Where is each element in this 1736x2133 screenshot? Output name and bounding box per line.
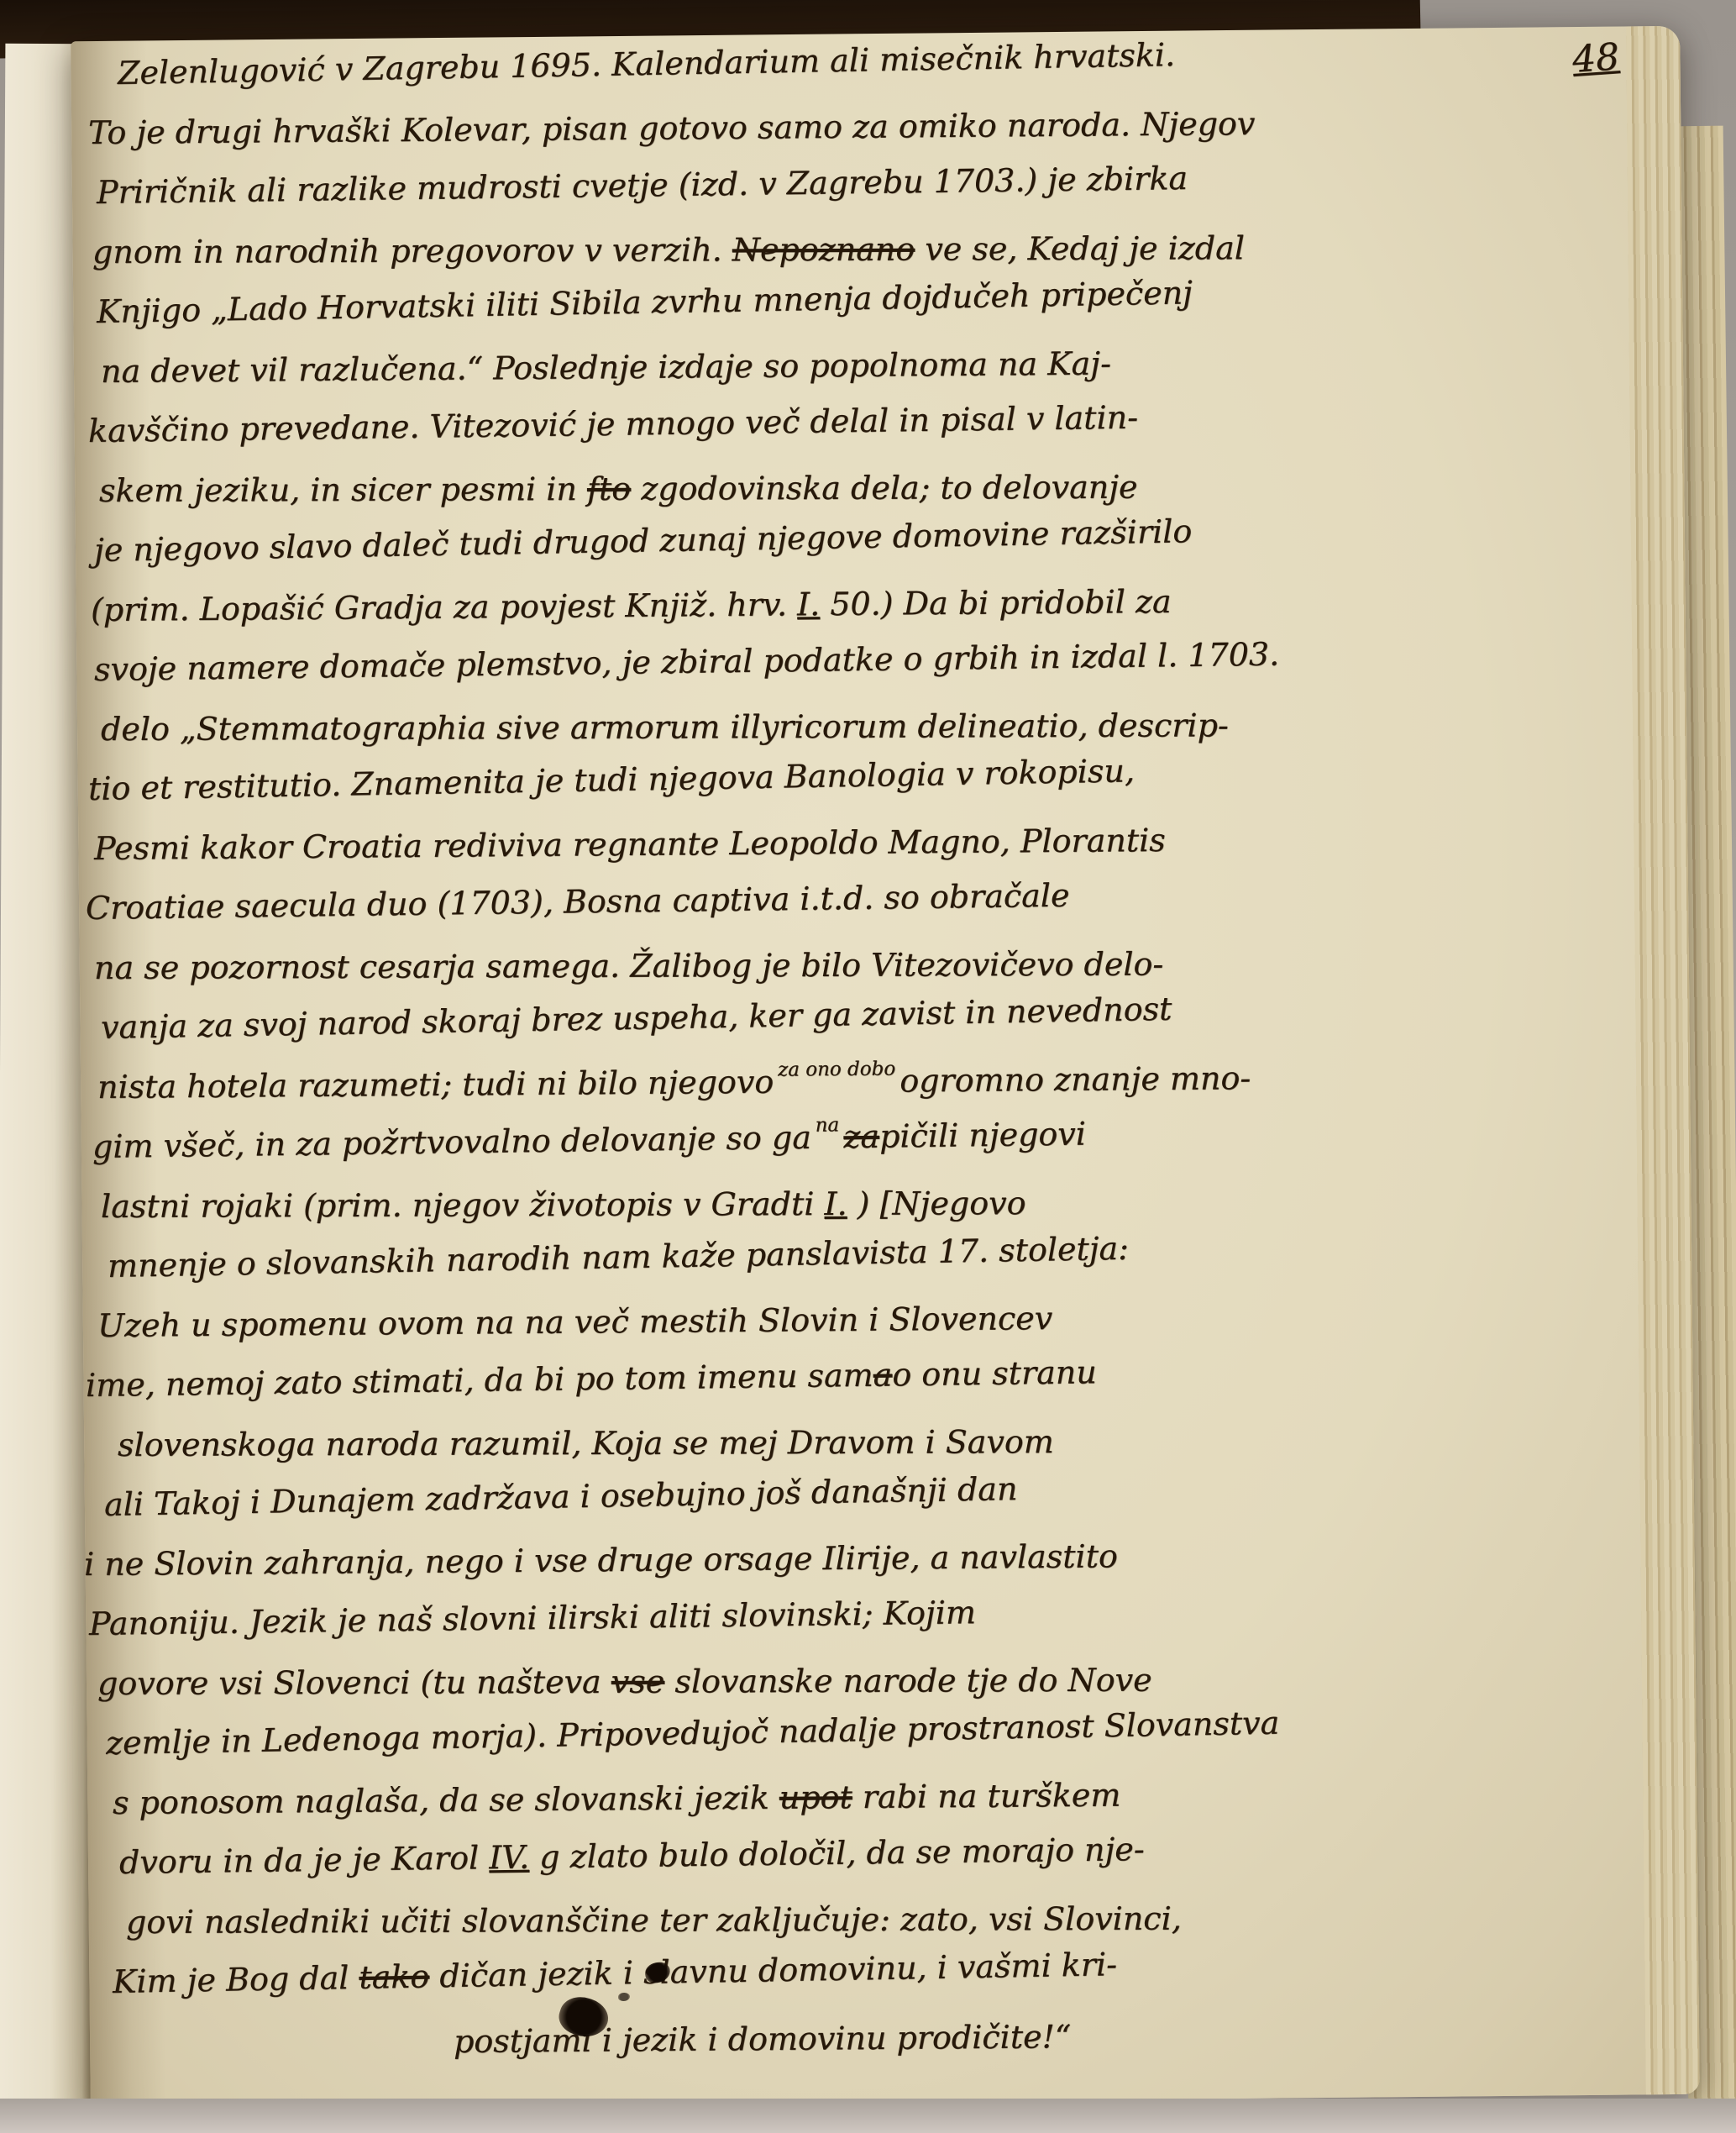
handwritten-text: nista hotela razumeti; tudi ni bilo njeg…	[97, 1064, 774, 1106]
handwritten-text: dičan jezik i slavnu domovinu, i vašmi k…	[429, 1946, 1117, 1994]
handwritten-text: Uzeh u spomenu ovom na na več mestih Slo…	[97, 1300, 1052, 1344]
struck-out-text: a	[873, 1356, 892, 1393]
handwritten-text: ) [Njegovo	[847, 1185, 1025, 1222]
handwritten-text: Zelenlugović v Zagrebu 1695. Kalendarium…	[118, 36, 1176, 92]
handwritten-text: postjami i jezik i domovinu prodičite!“	[454, 2018, 1072, 2060]
manuscript-text: Zelenlugović v Zagrebu 1695. Kalendarium…	[84, 44, 1621, 2072]
handwritten-text: na se pozornost cesarja samega. Žalibog …	[94, 946, 1163, 986]
handwritten-text: ogromno znanje mno-	[899, 1059, 1251, 1099]
handwritten-text: i ne Slovin zahranja, nego i vse druge o…	[84, 1537, 1118, 1583]
handwritten-text: Panoniju. Jezik je naš slovni ilirski al…	[89, 1594, 976, 1642]
manuscript-line: postjami i jezik i domovinu prodičite!“	[454, 2003, 1622, 2072]
inserted-correction-text: za ono dobo	[778, 1059, 895, 1081]
handwritten-text: je njegovo slavo daleč tudi drugod zunaj…	[94, 512, 1193, 569]
struck-out-text: vse	[611, 1663, 665, 1700]
handwritten-text: skem jeziku, in sicer pesmi in	[99, 470, 587, 509]
handwritten-text: pičili njegovi	[879, 1116, 1086, 1155]
handwritten-text: ali Takoj i Dunajem zadržava i osebujno …	[104, 1470, 1018, 1523]
handwritten-text: Priričnik ali razlike mudrosti cvetje (i…	[97, 160, 1188, 211]
handwritten-text: o onu stranu	[892, 1353, 1097, 1393]
struck-out-text: fto	[587, 470, 631, 507]
handwritten-text: vanja za svoj narod skoraj brez uspeha, …	[101, 990, 1172, 1046]
handwritten-text: mnenje o slovanskih narodih nam kaže pan…	[108, 1230, 1130, 1285]
handwritten-text: Croatiae saecula duo (1703), Bosna capti…	[86, 877, 1070, 927]
struck-out-text: tako	[359, 1957, 430, 1995]
handwritten-text: Knjigo „Lado Horvatski iliti Sibila zvrh…	[97, 274, 1193, 330]
handwritten-text: Kim je Bog dal	[113, 1959, 359, 2000]
handwritten-text: delo „Stemmatographia sive armorum illyr…	[101, 707, 1229, 748]
handwritten-text: I.	[824, 1185, 847, 1222]
handwritten-text: na devet vil razlučena.“ Poslednje izdaj…	[101, 345, 1111, 390]
handwritten-text: tio et restitutio. Znamenita je tudi nje…	[88, 752, 1135, 807]
handwritten-text: kavščino prevedane. Vitezović je mnogo v…	[88, 399, 1138, 449]
handwritten-text: slovenskoga naroda razumil, Koja se mej …	[118, 1423, 1054, 1463]
handwritten-text: zgodovinska dela; to delovanje	[631, 469, 1137, 507]
handwritten-text: dvoru in da je je Karol	[119, 1839, 490, 1881]
handwritten-text: ime, nemoj zato stimati, da bi po tom im…	[86, 1357, 873, 1404]
inserted-correction-text: na	[815, 1114, 839, 1136]
handwritten-text: rabi na turškem	[852, 1777, 1121, 1816]
handwritten-text: To je drugi hrvaški Kolevar, pisan gotov…	[88, 105, 1256, 151]
manuscript-photo: 48 Zelenlugović v Zagrebu 1695. Kalendar…	[0, 0, 1736, 2133]
handwritten-text: ve se, Kedaj je izdal	[915, 229, 1245, 267]
handwritten-text: I.	[797, 586, 820, 623]
struck-out-text: Nepoznano	[732, 231, 915, 269]
handwritten-text: svoje namere domače plemstvo, je zbiral …	[94, 636, 1280, 688]
handwritten-text: zemlje in Ledenoga morja). Pripovedujoč …	[106, 1705, 1280, 1762]
handwritten-text: Pesmi kakor Croatia rediviva regnante Le…	[94, 822, 1166, 867]
handwritten-text: lastni rojaki (prim. njegov životopis v …	[101, 1185, 825, 1225]
struck-out-text: upot	[779, 1778, 852, 1816]
handwritten-text: govore vsi Slovenci (tu našteva	[97, 1663, 611, 1702]
handwritten-text: gnom in narodnih pregovorov v verzih.	[92, 231, 732, 271]
table-surface	[0, 2099, 1736, 2133]
handwritten-text: g zlato bulo določil, da se morajo nje-	[529, 1831, 1145, 1876]
handwritten-text: gim všeč, in za požrtvovalno delovanje s…	[92, 1119, 811, 1165]
handwritten-text: 50.) Da bi pridobil za	[820, 583, 1172, 623]
handwritten-text: IV.	[489, 1839, 529, 1877]
handwritten-text: slovanske narode tje do Nove	[664, 1662, 1152, 1700]
handwritten-text: govi nasledniki učiti slovanščine ter za…	[126, 1900, 1182, 1941]
handwritten-text: s ponosom naglaša, da se slovanski jezik	[113, 1779, 779, 1821]
handwritten-text: (prim. Lopašić Gradja za povjest Knjiž. …	[91, 586, 797, 628]
struck-out-text: za	[843, 1118, 879, 1156]
